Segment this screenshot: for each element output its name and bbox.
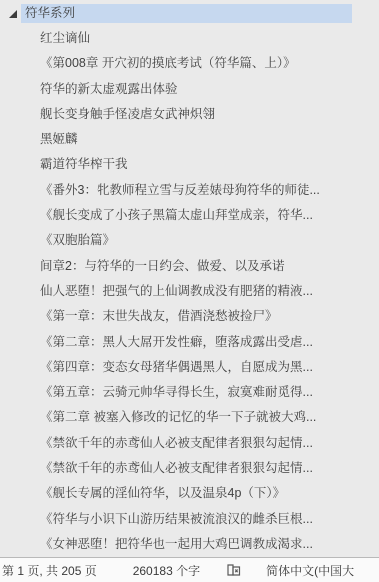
status-word-count[interactable]: 260183 个字	[133, 562, 200, 579]
nav-item[interactable]: 《第二章：黑人大屌开发性癖，堕落成露出受虐...	[0, 330, 379, 355]
nav-heading-parent-label[interactable]: 符华系列	[21, 4, 352, 23]
nav-item[interactable]: 《舰长专属的淫仙符华，以及温泉4p（下）》	[0, 481, 379, 506]
word-navigation-pane-window: 符华系列 红尘谪仙《第008章 开穴初的摸底考试（符华篇、上）》符华的新太虚观露…	[0, 0, 379, 582]
nav-item[interactable]: 《双胞胎篇》	[0, 228, 379, 253]
nav-item[interactable]: 间章2：与符华的一日约会、做爱、以及承诺	[0, 254, 379, 279]
collapse-triangle-icon[interactable]	[4, 5, 21, 22]
nav-item[interactable]: 《第五章：云骑元帅华寻得长生，寂寞难耐觅得...	[0, 380, 379, 405]
navigation-pane: 符华系列 红尘谪仙《第008章 开穴初的摸底考试（符华篇、上）》符华的新太虚观露…	[0, 0, 379, 557]
nav-item[interactable]: 黑姬麟	[0, 127, 379, 152]
status-bar: 第 1 页, 共 205 页 260183 个字 简体中文(中国大	[0, 557, 379, 582]
nav-item[interactable]: 《番外3：牝教师程立雪与反差婊母狗符华的师徒...	[0, 178, 379, 203]
nav-item[interactable]: 霸道符华榨干我	[0, 152, 379, 177]
status-language[interactable]: 简体中文(中国大	[266, 562, 354, 579]
proofing-book-x-icon[interactable]	[226, 563, 242, 577]
nav-item[interactable]: 《第008章 开穴初的摸底考试（符华篇、上）》	[0, 51, 379, 76]
nav-item[interactable]: 仙人恶堕！把强气的上仙调教成没有肥猪的精液...	[0, 279, 379, 304]
nav-item[interactable]: 《第四章：变态女母猪华偶遇黑人，自愿成为黑...	[0, 355, 379, 380]
nav-item[interactable]: 《符华与小识下山游历结果被流浪汉的雌杀巨根...	[0, 507, 379, 532]
nav-item[interactable]: 《舰长变成了小孩子黑篇太虚山拜堂成亲，符华...	[0, 203, 379, 228]
status-page-info[interactable]: 第 1 页, 共 205 页	[2, 562, 97, 579]
nav-item[interactable]: 舰长变身触手怪凌虐女武神炽翎	[0, 102, 379, 127]
nav-item[interactable]: 符华的新太虚观露出体验	[0, 77, 379, 102]
nav-item[interactable]: 《第二章 被塞入修改的记忆的华一下子就被大鸡...	[0, 405, 379, 430]
nav-item[interactable]: 《第一章：末世失战友，借酒浇愁被捡尸》	[0, 304, 379, 329]
nav-item[interactable]: 《女神恶堕！把符华也一起用大鸡巴调教成渴求...	[0, 532, 379, 557]
nav-item[interactable]: 《禁欲千年的赤鸢仙人必被支配律者狠狠勾起情...	[0, 431, 379, 456]
nav-item[interactable]: 红尘谪仙	[0, 26, 379, 51]
nav-list: 红尘谪仙《第008章 开穴初的摸底考试（符华篇、上）》符华的新太虚观露出体验舰长…	[0, 26, 379, 557]
nav-heading-parent-row[interactable]: 符华系列	[0, 1, 379, 26]
nav-item[interactable]: 《禁欲千年的赤鸢仙人必被支配律者狠狠勾起情...	[0, 456, 379, 481]
